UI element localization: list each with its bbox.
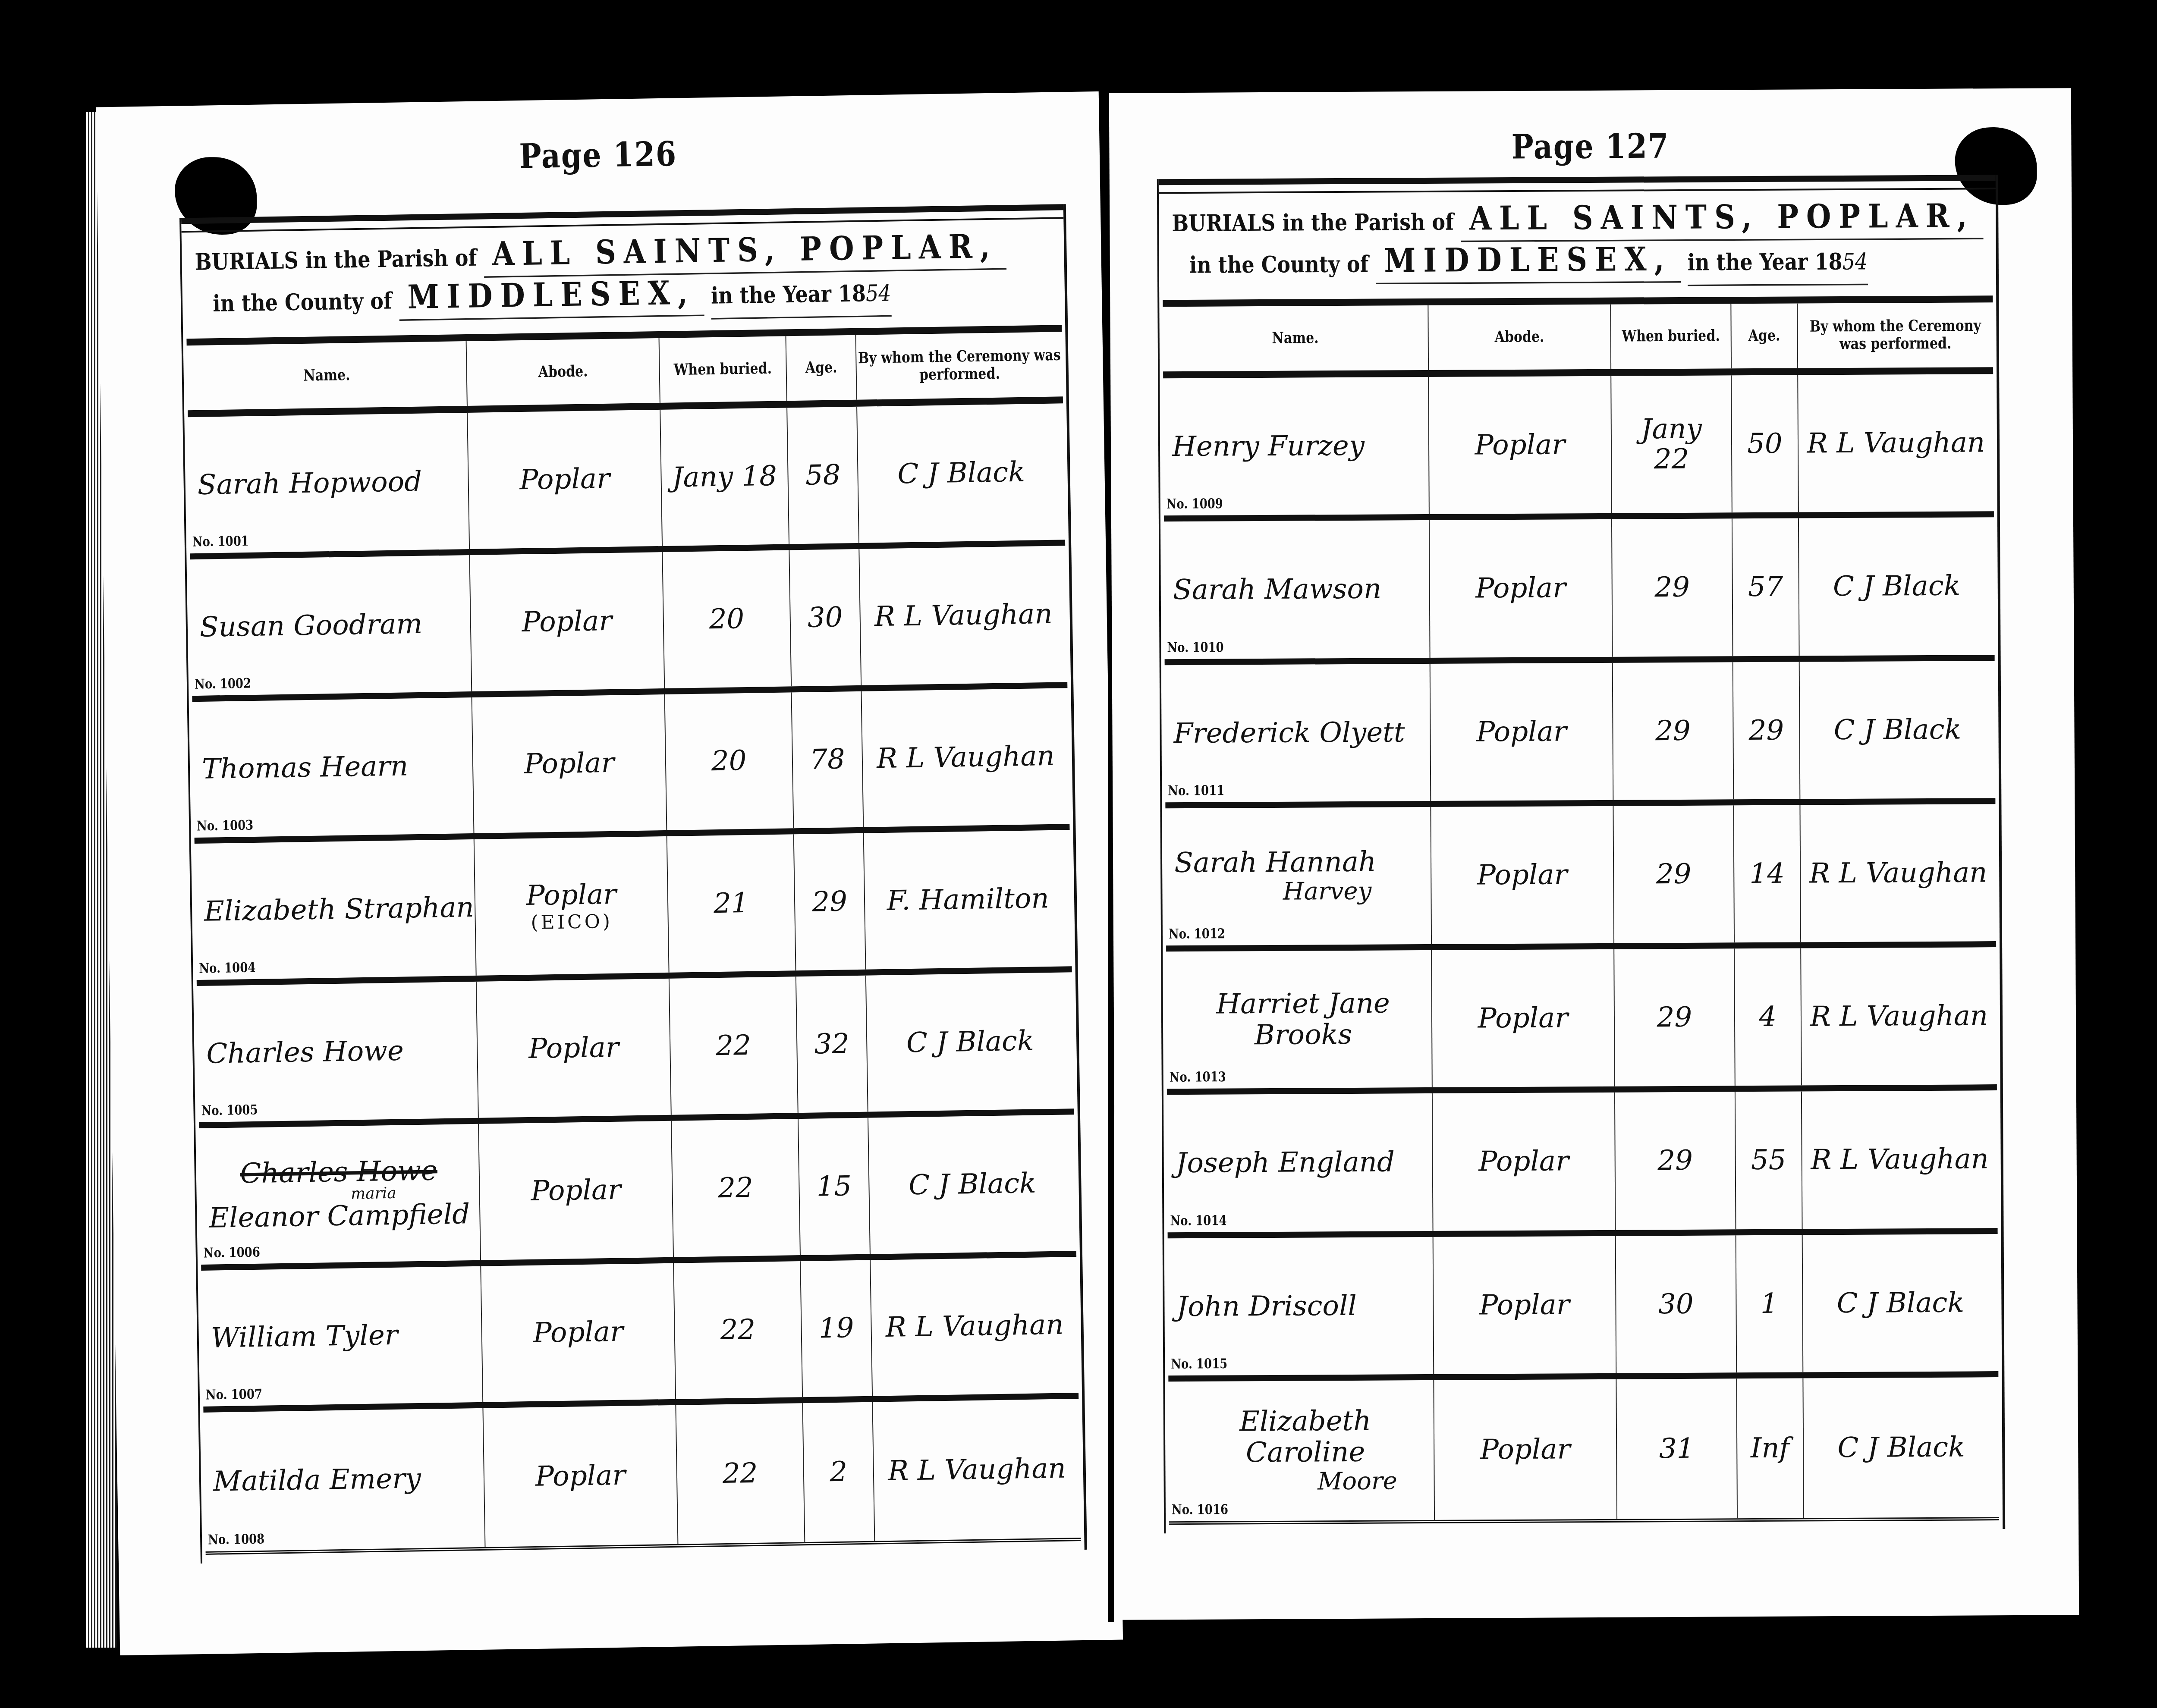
year-field: in the Year 1854: [711, 270, 891, 319]
register-frame: BURIALS in the Parish of ALL SAINTS, POP…: [1157, 175, 2005, 1533]
name-continuation: Moore: [1177, 1467, 1434, 1496]
cell-name: Thomas HearnNo. 1003: [192, 697, 475, 838]
table-body: Sarah HopwoodNo. 1001 Poplar Jany 18 58 …: [188, 403, 1081, 1555]
cell-when-buried: 22: [672, 1119, 801, 1257]
header-abode: Abode.: [467, 338, 660, 406]
cell-officiant: C J Black: [1802, 1234, 1998, 1372]
entry-number: No. 1001: [192, 534, 249, 550]
cell-officiant: C J Black: [1799, 661, 1995, 799]
cell-name: John DriscollNo. 1015: [1168, 1237, 1434, 1375]
cell-abode: Poplar: [1432, 949, 1615, 1087]
register-frame: BURIALS in the Parish of ALL SAINTS, POP…: [179, 204, 1087, 1564]
table-row: Sarah HannahHarveyNo. 1012 Poplar 29 14 …: [1165, 804, 1996, 951]
heading-line-county: in the County of MIDDLESEX, in the Year …: [1172, 235, 1984, 289]
county-prefix: in the County of: [1189, 251, 1369, 278]
header-abode: Abode.: [1428, 305, 1611, 370]
entry-number: No. 1013: [1170, 1070, 1226, 1086]
abode-note: (EICO): [531, 911, 613, 934]
cell-age: 30: [789, 549, 862, 686]
cell-officiant: F. Hamilton: [864, 830, 1072, 969]
cell-officiant: C J Black: [868, 1115, 1076, 1254]
cell-when-buried: 22: [676, 1403, 805, 1544]
cell-age: 29: [1733, 662, 1801, 799]
cell-officiant: C J Black: [1803, 1377, 1999, 1518]
cell-age: 19: [801, 1260, 873, 1397]
cell-when-buried: 30: [1616, 1235, 1737, 1373]
county-prefix: in the County of: [213, 287, 392, 317]
year-suffix-handwritten: 54: [865, 279, 891, 307]
cell-name: Elizabeth CarolineMooreNo. 1016: [1168, 1380, 1434, 1521]
cell-abode: Poplar: [470, 552, 665, 691]
cell-abode: Poplar: [481, 1263, 676, 1402]
cell-abode: Poplar: [472, 694, 667, 833]
cell-abode: Poplar: [1434, 1379, 1617, 1520]
top-rule: [1159, 175, 1996, 194]
cell-when-buried: 29: [1613, 662, 1734, 800]
cell-when-buried: Jany 18: [660, 408, 789, 546]
table-row: Sarah MawsonNo. 1010 Poplar 29 57 C J Bl…: [1164, 517, 1995, 665]
register-heading: BURIALS in the Parish of ALL SAINTS, POP…: [195, 226, 1052, 326]
cell-when-buried: 22: [674, 1261, 803, 1399]
cell-name: Sarah HannahHarveyNo. 1012: [1165, 807, 1431, 945]
cell-name: Joseph EnglandNo. 1014: [1167, 1093, 1433, 1232]
cell-officiant: R L Vaughan: [862, 688, 1070, 827]
cell-abode: Poplar: [1433, 1093, 1616, 1231]
entry-number: No. 1003: [197, 818, 254, 834]
table-row: Harriet Jane BrooksNo. 1013 Poplar 29 4 …: [1166, 947, 1997, 1095]
cell-abode: Poplar(EICO): [475, 836, 669, 976]
county-name: MIDDLESEX,: [1375, 236, 1681, 284]
year-field: in the Year 1854: [1687, 239, 1868, 286]
cell-when-buried: 29: [1615, 1092, 1736, 1230]
cell-officiant: R L Vaughan: [1802, 1090, 1998, 1229]
year-prefix: in the Year 18: [711, 280, 866, 309]
year-prefix: in the Year 18: [1688, 248, 1843, 276]
cell-age: Inf: [1737, 1378, 1804, 1518]
table-row: William TylerNo. 1007 Poplar 22 19 R L V…: [201, 1257, 1078, 1413]
header-age: Age.: [786, 335, 857, 401]
cell-age: 15: [799, 1118, 871, 1255]
cell-age: 78: [792, 691, 864, 828]
table-row: Joseph EnglandNo. 1014 Poplar 29 55 R L …: [1167, 1090, 1998, 1238]
cell-officiant: C J Black: [857, 403, 1065, 543]
entry-number: No. 1011: [1168, 783, 1224, 799]
cell-when-buried: 29: [1614, 948, 1736, 1086]
table-row: Frederick OlyettNo. 1011 Poplar 29 29 C …: [1165, 661, 1996, 808]
entry-number: No. 1006: [203, 1244, 260, 1261]
table-row: Matilda EmeryNo. 1008 Poplar 22 2 R L Va…: [204, 1399, 1081, 1555]
table-row: Charles Howe maria Eleanor Campfield No.…: [199, 1115, 1076, 1271]
cell-age: 4: [1735, 948, 1802, 1086]
table-body: Henry FurzeyNo. 1009 Poplar Jany22 50 R …: [1163, 374, 1999, 1525]
table-row: John DriscollNo. 1015 Poplar 30 1 C J Bl…: [1168, 1234, 1999, 1381]
entry-number: No. 1010: [1167, 640, 1223, 656]
entry-number: No. 1014: [1170, 1213, 1226, 1229]
cell-abode: Poplar: [1429, 376, 1612, 514]
header-officiant: By whom the Ceremony was performed.: [856, 332, 1063, 399]
cell-abode: Poplar: [1430, 519, 1613, 657]
cell-officiant: R L Vaughan: [1800, 804, 1996, 942]
year-suffix-handwritten: 54: [1843, 248, 1868, 275]
cell-name: Harriet Jane BrooksNo. 1013: [1166, 950, 1432, 1089]
cell-name: Sarah MawsonNo. 1010: [1164, 520, 1430, 659]
page-number: Page 127: [1109, 124, 2071, 169]
table-row: Elizabeth StraphanNo. 1004 Poplar(EICO) …: [195, 830, 1072, 986]
table-row: Susan GoodramNo. 1002 Poplar 20 30 R L V…: [190, 546, 1067, 702]
cell-abode: Poplar: [468, 410, 662, 549]
entry-number: No. 1012: [1169, 926, 1225, 942]
struck-name: Charles Howe: [208, 1155, 469, 1190]
cell-when-buried: Jany22: [1611, 375, 1733, 513]
right-page: Page 127 BURIALS in the Parish of ALL SA…: [1109, 88, 2079, 1620]
cell-when-buried: 22: [669, 976, 798, 1115]
cell-name: Charles HoweNo. 1005: [197, 982, 479, 1122]
county-name: MIDDLESEX,: [399, 270, 704, 321]
cell-when-buried: 21: [667, 835, 796, 973]
cell-officiant: C J Black: [1799, 517, 1995, 656]
entry-number: No. 1002: [195, 675, 252, 692]
cell-officiant: C J Black: [866, 972, 1074, 1111]
cell-abode: Poplar: [479, 1121, 673, 1260]
cell-abode: Poplar: [1431, 806, 1614, 944]
cell-abode: Poplar: [1430, 662, 1613, 801]
cell-name: Sarah HopwoodNo. 1001: [188, 413, 470, 553]
cell-age: 58: [787, 407, 859, 544]
cell-age: 2: [803, 1402, 875, 1542]
table-row: Charles HoweNo. 1005 Poplar 22 32 C J Bl…: [197, 972, 1074, 1128]
cell-name: Charles Howe maria Eleanor Campfield No.…: [199, 1124, 481, 1265]
cell-age: 50: [1732, 375, 1799, 513]
cell-name: Matilda EmeryNo. 1008: [204, 1408, 486, 1551]
table-header: Name. Abode. When buried. Age. By whom t…: [1163, 295, 1993, 378]
header-age: Age.: [1731, 304, 1798, 369]
cell-age: 29: [794, 833, 866, 970]
cell-age: 14: [1734, 805, 1801, 942]
header-name: Name.: [187, 341, 468, 410]
cell-age: 32: [796, 976, 868, 1113]
cell-officiant: R L Vaughan: [871, 1257, 1078, 1396]
table-row: Elizabeth CarolineMooreNo. 1016 Poplar 3…: [1168, 1377, 1999, 1525]
header-name: Name.: [1163, 305, 1428, 371]
cell-officiant: R L Vaughan: [1801, 947, 1997, 1086]
header-officiant: By whom the Ceremony was performed.: [1798, 302, 1993, 368]
cell-officiant: R L Vaughan: [1798, 374, 1994, 512]
entry-number: No. 1007: [206, 1387, 263, 1403]
table-header: Name. Abode. When buried. Age. By whom t…: [186, 325, 1063, 417]
cell-when-buried: 31: [1616, 1378, 1738, 1519]
heading-prefix: BURIALS in the Parish of: [195, 244, 477, 275]
entry-number: No. 1015: [1171, 1356, 1227, 1372]
register-heading: BURIALS in the Parish of ALL SAINTS, POP…: [1172, 196, 1983, 287]
burial-register-table: Name. Abode. When buried. Age. By whom t…: [186, 325, 1081, 1555]
entry-number: No. 1016: [1172, 1502, 1228, 1518]
cell-officiant: R L Vaughan: [859, 546, 1067, 685]
header-when-buried: When buried.: [1611, 304, 1732, 369]
name-continuation: Harvey: [1174, 878, 1376, 906]
entry-number: No. 1004: [199, 960, 256, 976]
cell-name: Henry FurzeyNo. 1009: [1163, 377, 1429, 515]
cell-name: Frederick OlyettNo. 1011: [1165, 663, 1431, 802]
cell-age: 57: [1733, 518, 1800, 656]
cell-name: Susan GoodramNo. 1002: [190, 555, 472, 696]
table-row: Henry FurzeyNo. 1009 Poplar Jany22 50 R …: [1163, 374, 1994, 521]
cell-abode: Poplar: [477, 979, 671, 1118]
entry-number: No. 1008: [208, 1532, 265, 1548]
cell-abode: Poplar: [484, 1405, 678, 1547]
table-row: Sarah HopwoodNo. 1001 Poplar Jany 18 58 …: [188, 403, 1065, 559]
cell-name: Elizabeth StraphanNo. 1004: [195, 839, 477, 980]
cell-age: 1: [1736, 1235, 1804, 1372]
table-row: Thomas HearnNo. 1003 Poplar 20 78 R L Va…: [192, 688, 1070, 844]
left-page: Page 126 BURIALS in the Parish of ALL SA…: [96, 91, 1123, 1655]
cell-name: William TylerNo. 1007: [201, 1266, 483, 1407]
cell-when-buried: 20: [663, 550, 792, 688]
cell-when-buried: 20: [665, 692, 794, 830]
header-when-buried: When buried.: [659, 336, 787, 403]
page-number: Page 126: [96, 128, 1100, 183]
cell-officiant: R L Vaughan: [873, 1399, 1081, 1541]
heading-prefix: BURIALS in the Parish of: [1172, 208, 1454, 237]
cell-age: 55: [1736, 1092, 1803, 1229]
cell-when-buried: 29: [1612, 519, 1733, 657]
cell-when-buried: 29: [1613, 805, 1735, 943]
entry-number: No. 1005: [201, 1102, 258, 1119]
entry-number: No. 1009: [1167, 496, 1223, 512]
cell-abode: Poplar: [1433, 1236, 1616, 1374]
parish-name: ALL SAINTS, POPLAR,: [1461, 193, 1984, 242]
burial-register-table: Name. Abode. When buried. Age. By whom t…: [1163, 295, 1999, 1525]
